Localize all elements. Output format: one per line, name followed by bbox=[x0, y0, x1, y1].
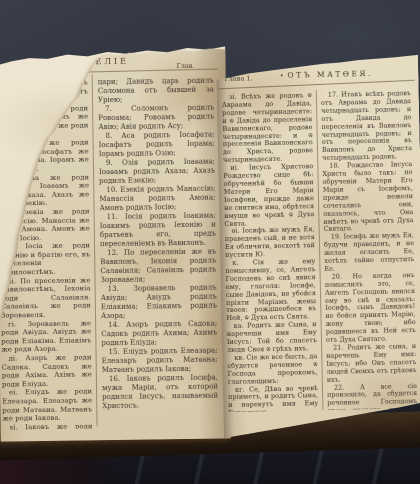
russian-verse: 16. Іаковъ родилъ Іосифа, мужа Маріи, от… bbox=[102, 374, 218, 412]
running-head-title: ОТЪ МАТѲЕЯ. bbox=[287, 69, 373, 80]
slavonic-verse: еі. Еліудъ же роди Елеазара. Елеазаръ же… bbox=[2, 388, 92, 424]
slavonic-verse: з. Соломонъ же роди Ровоама. Ровоамъ же … bbox=[0, 104, 89, 140]
photo-open-antique-bible: ЕЛІЕ Глав. ніи. Давідъ же царь роди Соло… bbox=[0, 0, 420, 484]
slavonic-verse: ніи. Давідъ же царь роди Соломона отъ Ур… bbox=[0, 78, 88, 105]
slavonic-verse: ѳ. Озіа же роди Іоаѳама. Іоаѳамъ же роди… bbox=[0, 173, 90, 209]
slavonic-verse: ді. Азоръ же роди Садока. Садокъ же роди… bbox=[2, 353, 92, 389]
slavonic-verse: ві. По преселеніи же Вавилонстѣмъ, Іехон… bbox=[0, 276, 91, 320]
slavonic-verse: ѕі. Іаковъ же роди Іосифа, мужа Маріина,… bbox=[3, 422, 93, 430]
left-page-slavonic-column: ніи. Давідъ же царь роди Соломона отъ Ур… bbox=[0, 78, 93, 429]
page-marker: • bbox=[280, 73, 284, 80]
slavonic-verse: зі. Всѣхъ же родовъ ѿ Авраама до Давіда,… bbox=[222, 92, 313, 165]
running-head-title-fragment: ЕЛІЕ bbox=[95, 57, 129, 66]
chapter-label: Глава 1. bbox=[224, 74, 252, 83]
header-rule bbox=[0, 69, 218, 75]
russian-verse: 11. Іосія родилъ Іоакима; Іоакимъ родилъ… bbox=[100, 212, 216, 250]
russian-verse: 13. Зоровавель родилъ Авіуда; Авіудъ род… bbox=[101, 284, 217, 322]
slavonic-verse: кв. Сіе же все бысть, да сбудется реченн… bbox=[227, 353, 318, 387]
right-page-slavonic-column: зі. Всѣхъ же родовъ ѿ Авраама до Давіда,… bbox=[222, 92, 319, 412]
slavonic-verse: ѳі. Іосифъ же мужъ Ея, праведенъ сый, и … bbox=[225, 227, 316, 261]
slavonic-verse: иі. Іисусъ Христово Рождество сице бѣ: о… bbox=[223, 163, 314, 228]
running-head: •ОТЪ МАТѲЕЯ. bbox=[264, 69, 388, 81]
slavonic-verse: к. Сія же ему помыслившу, се, Ангелъ Гос… bbox=[225, 258, 316, 323]
russian-verse: 14. Азоръ родилъ Садока; Садокъ родилъ А… bbox=[101, 320, 217, 349]
slavonic-verse: гі. Зоровавель же роди Авіуда. Авіудъ же… bbox=[1, 319, 91, 355]
slavonic-verse: і. Езекіа же роди Манассію. Манассіа же … bbox=[0, 207, 90, 243]
russian-verse: 19. Іосифъ же мужъ Ея, будучи праведенъ,… bbox=[324, 232, 415, 273]
left-page: ЕЛІЕ Глав. ніи. Давідъ же царь роди Соло… bbox=[0, 42, 231, 441]
russian-verse: 10. Езекія родилъ Манассію; Манассія род… bbox=[99, 185, 215, 214]
slavonic-verse: аі. Іосіа же роди Іехонію и братію его, … bbox=[0, 242, 90, 278]
torn-page-wrap: ЕЛІЕ Глав. ніи. Давідъ же царь роди Соло… bbox=[0, 42, 231, 441]
slavonic-verse: ка. Родитъ же Сына, и наречеши имя Ему І… bbox=[227, 321, 318, 355]
russian-verse: 21. Родитъ же сына, и наречешь Ему имя: … bbox=[326, 343, 417, 384]
russian-verse: 9. Озія родилъ Іоаѳама; Іоаѳамъ родилъ А… bbox=[99, 158, 215, 187]
russian-verse: 12. По переселеніи же въ Вавилонъ, Іехон… bbox=[100, 248, 216, 286]
left-page-printed-surface: ЕЛІЕ Глав. ніи. Давідъ же царь роди Соло… bbox=[0, 42, 231, 441]
russian-verse: 20. Но когда онъ помыслилъ это, се, Анге… bbox=[325, 272, 416, 345]
left-page-russian-column: цари; Давидъ царь родилъ Соломона отъ бы… bbox=[98, 77, 219, 431]
right-page-russian-column: 17. Итакъ всѣхъ родовъ отъ Авраама до Да… bbox=[321, 90, 418, 410]
russian-verse: 15. Еліудъ родилъ Елеазара; Елеазаръ род… bbox=[101, 347, 217, 376]
russian-verse: цари; Давидъ царь родилъ Соломона отъ бы… bbox=[98, 77, 214, 106]
column-divider bbox=[92, 74, 98, 426]
slavonic-verse: и. Аса же роди Іосафата. Іосафатъ же род… bbox=[0, 138, 89, 174]
russian-verse: 8. Аса родилъ Іосафата; Іосафатъ родилъ … bbox=[98, 131, 214, 160]
right-page: Глава 1. •ОТЪ МАТѲЕЯ. зі. Всѣхъ же родов… bbox=[216, 52, 420, 440]
russian-verse: 18. Рождество Іисуса Христа было такъ: п… bbox=[322, 161, 413, 234]
slavonic-verse: кг. Се, Дѣва во чревѣ пріиметъ, и родитъ… bbox=[228, 385, 319, 412]
russian-verse: 22. А все сіе произошло, да сбудется реч… bbox=[327, 383, 418, 410]
russian-verse: 7. Соломонъ родилъ Ровоама; Ровоамъ роди… bbox=[98, 104, 214, 133]
russian-verse: 17. Итакъ всѣхъ родовъ отъ Авраама до Да… bbox=[321, 90, 412, 163]
